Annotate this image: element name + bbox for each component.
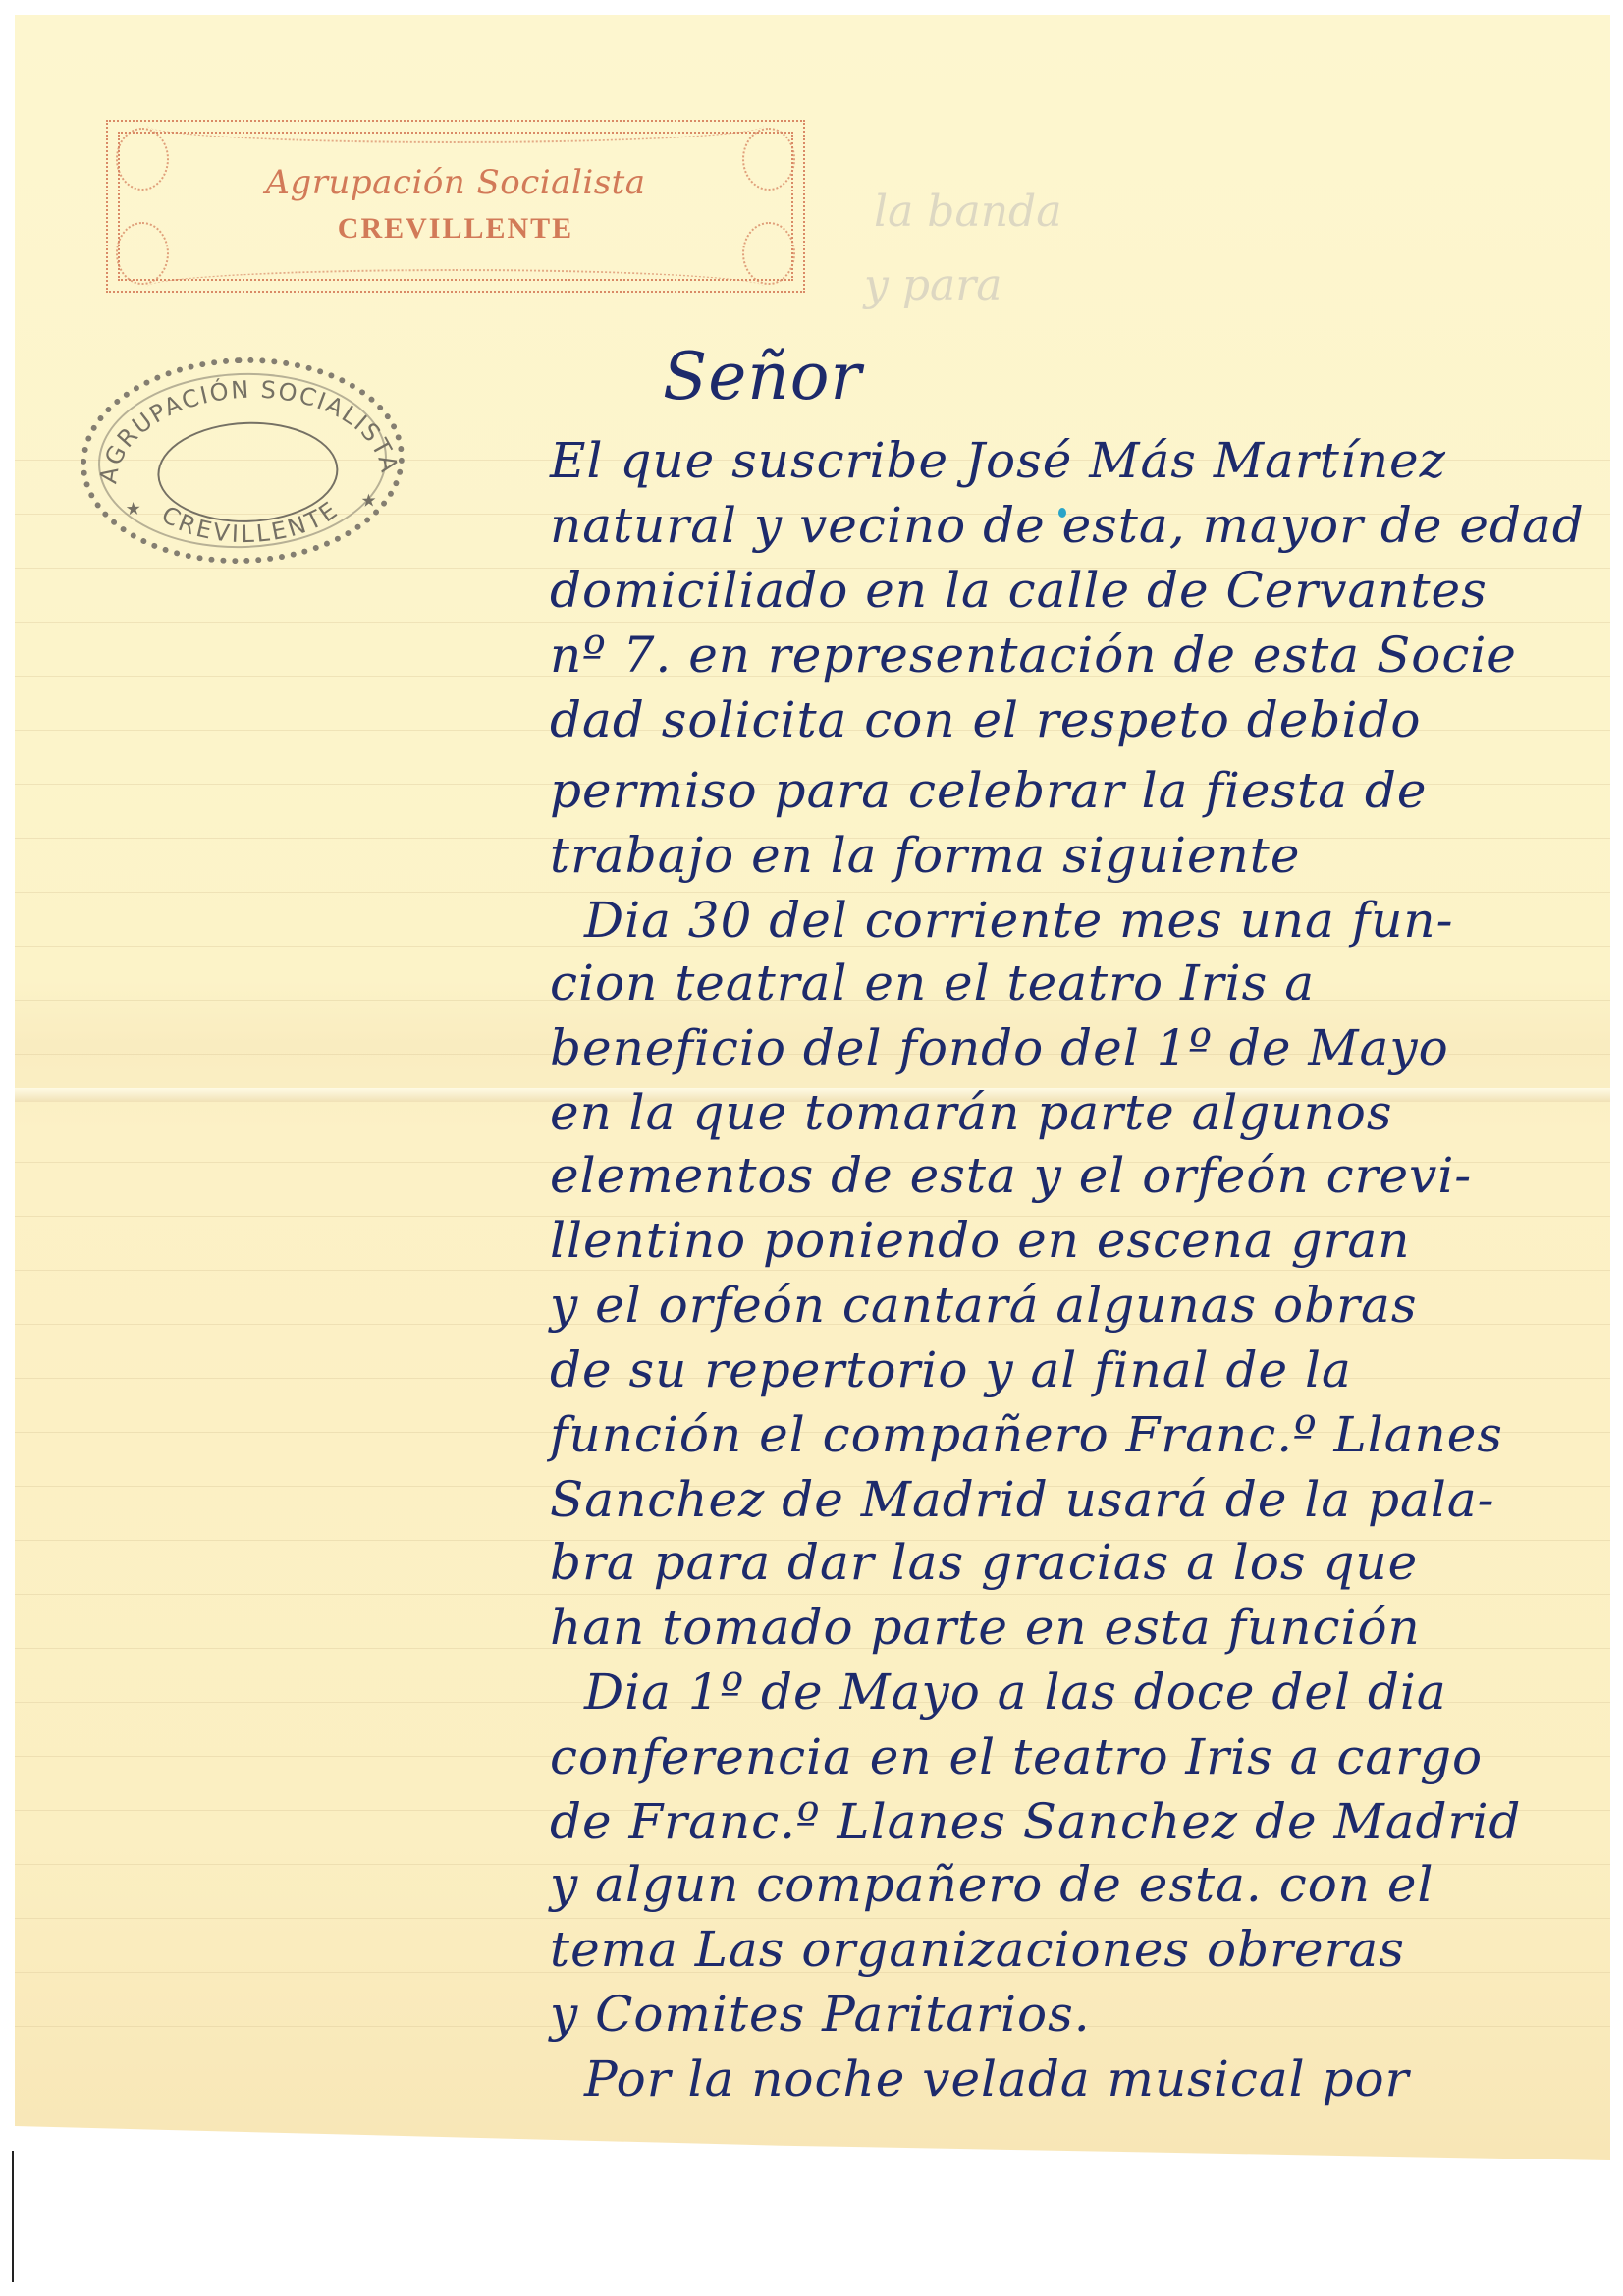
- letterhead-border: [118, 132, 793, 281]
- bleed-through-text: y para: [864, 260, 1002, 310]
- ruled-line: [15, 1594, 1610, 1595]
- letterhead-title: Agrupación Socialista: [108, 163, 803, 202]
- letter-line: Dia 30 del corriente mes una fun-: [584, 892, 1454, 949]
- ruled-line: [15, 622, 1610, 623]
- letterhead: Agrupación Socialista CREVILLENTE: [106, 120, 805, 293]
- star-icon: ★: [125, 499, 141, 519]
- letter-line: conferencia en el teatro Iris a cargo: [550, 1728, 1483, 1785]
- ruled-line: [15, 1918, 1610, 1919]
- letter-line: y Comites Paritarios.: [550, 1986, 1091, 2043]
- letter-line: de su repertorio y al final de la: [550, 1341, 1352, 1398]
- letter-line: elementos de esta y el orfeón crevi-: [550, 1147, 1472, 1204]
- star-icon: ★: [360, 490, 377, 511]
- letterhead-subtitle: CREVILLENTE: [108, 212, 803, 246]
- svg-text:CREVILLENTE: CREVILLENTE: [156, 494, 346, 551]
- ruled-line: [15, 1270, 1610, 1271]
- letter-line: domiciliado en la calle de Cervantes: [550, 562, 1488, 619]
- letter-line: Dia 1º de Mayo a las doce del dia: [584, 1664, 1447, 1721]
- letter-line: El que suscribe José Más Martínez: [550, 432, 1446, 489]
- letter-line: y algun compañero de esta. con el: [550, 1856, 1434, 1913]
- letter-line: dad solicita con el respeto debido: [550, 691, 1421, 748]
- letter-line: beneficio del fondo del 1º de Mayo: [550, 1019, 1449, 1076]
- stamp-text-svg: AGRUPACIÓN SOCIALISTA CREVILLENTE ★ ★: [83, 357, 414, 574]
- salutation: Señor: [663, 339, 862, 414]
- letter-line: nº 7. en representación de esta Socie: [550, 627, 1517, 683]
- organization-stamp: AGRUPACIÓN SOCIALISTA CREVILLENTE ★ ★: [77, 352, 407, 569]
- svg-text:AGRUPACIÓN SOCIALISTA: AGRUPACIÓN SOCIALISTA: [91, 369, 404, 486]
- scan-edge-line: [12, 2151, 14, 2282]
- bleed-through-text: la banda: [874, 187, 1061, 237]
- letter-line: bra para dar las gracias a los que: [550, 1534, 1418, 1591]
- letter-line: y el orfeón cantará algunas obras: [550, 1277, 1418, 1334]
- stamp-bottom-text: CREVILLENTE: [156, 494, 346, 551]
- letter-line: han tomado parte en esta función: [550, 1599, 1421, 1656]
- letter-line: natural y vecino de esta, mayor de edad: [550, 497, 1585, 554]
- letter-line: en la que tomarán parte algunos: [550, 1084, 1393, 1141]
- letter-line: permiso para celebrar la fiesta de: [550, 762, 1428, 819]
- letter-line: trabajo en la forma siguiente: [550, 827, 1300, 884]
- letter-line: Sanchez de Madrid usará de la pala-: [550, 1471, 1495, 1528]
- letter-line: función el compañero Franc.º Llanes: [550, 1406, 1503, 1463]
- letter-line: Por la noche velada musical por: [584, 2050, 1410, 2107]
- stamp-top-text: AGRUPACIÓN SOCIALISTA: [91, 369, 404, 486]
- letter-line: llentino poniendo en escena gran: [550, 1212, 1411, 1269]
- letter-line: cion teatral en el teatro Iris a: [550, 955, 1315, 1011]
- letter-line: tema Las organizaciones obreras: [550, 1921, 1405, 1978]
- letter-line: de Franc.º Llanes Sanchez de Madrid: [550, 1793, 1521, 1850]
